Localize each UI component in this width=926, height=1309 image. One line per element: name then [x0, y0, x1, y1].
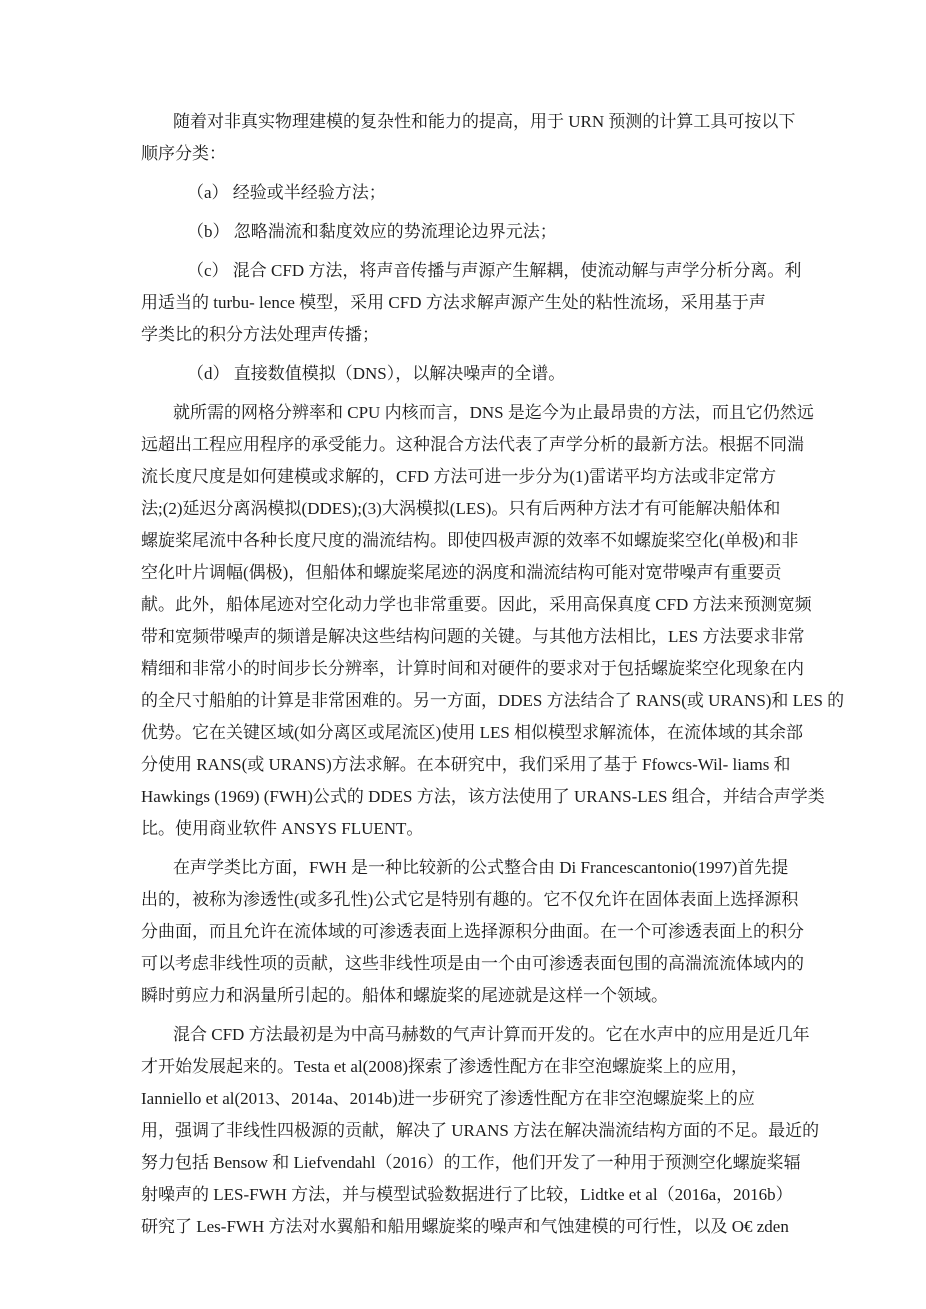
- text-line: 用，强调了非线性四极源的贡献，解决了 URANS 方法在解决湍流结构方面的不足。…: [141, 1115, 781, 1147]
- paragraph-hybrid-cfd-applications: 混合 CFD 方法最初是为中高马赫数的气声计算而开发的。它在水声中的应用是近几年…: [141, 1019, 781, 1243]
- text-line: 顺序分类：: [141, 138, 781, 170]
- text-line: 学类比的积分方法处理声传播；: [141, 319, 781, 351]
- text-line: 螺旋桨尾流中各种长度尺度的湍流结构。即使四极声源的效率不如螺旋桨空化(单极)和非: [141, 525, 781, 557]
- text-line: 努力包括 Bensow 和 Liefvendahl（2016）的工作，他们开发了…: [141, 1147, 781, 1179]
- text-line: 随着对非真实物理建模的复杂性和能力的提高，用于 URN 预测的计算工具可按以下: [141, 106, 781, 138]
- text-line: 就所需的网格分辨率和 CPU 内核而言，DNS 是迄今为止最昂贵的方法，而且它仍…: [141, 397, 781, 429]
- text-line: 射噪声的 LES-FWH 方法，并与模型试验数据进行了比较，Lidtke et …: [141, 1179, 781, 1211]
- text-line: 可以考虑非线性项的贡献，这些非线性项是由一个由可渗透表面包围的高湍流流体域内的: [141, 948, 781, 980]
- text-line: 在声学类比方面，FWH 是一种比较新的公式整合由 Di Francescanto…: [141, 852, 781, 884]
- text-line: （a） 经验或半经验方法；: [141, 177, 781, 209]
- text-line: 空化叶片调幅(偶极)，但船体和螺旋桨尾迹的涡度和湍流结构可能对宽带噪声有重要贡: [141, 557, 781, 589]
- text-line: 优势。它在关键区域(如分离区或尾流区)使用 LES 相似模型求解流体，在流体域的…: [141, 717, 781, 749]
- list-item-c: （c） 混合 CFD 方法，将声音传播与声源产生解耦，使流动解与声学分析分离。利…: [141, 255, 781, 351]
- text-line: Hawkings (1969) (FWH)公式的 DDES 方法，该方法使用了 …: [141, 781, 781, 813]
- text-line: 远超出工程应用程序的承受能力。这种混合方法代表了声学分析的最新方法。根据不同湍: [141, 429, 781, 461]
- text-line: 分使用 RANS(或 URANS)方法求解。在本研究中，我们采用了基于 Ffow…: [141, 749, 781, 781]
- paragraph-acoustic-analogy: 在声学类比方面，FWH 是一种比较新的公式整合由 Di Francescanto…: [141, 852, 781, 1012]
- text-line: 用适当的 turbu- lence 模型，采用 CFD 方法求解声源产生处的粘性…: [141, 287, 781, 319]
- text-line: （d） 直接数值模拟（DNS），以解决噪声的全谱。: [141, 358, 781, 390]
- text-line: 混合 CFD 方法最初是为中高马赫数的气声计算而开发的。它在水声中的应用是近几年: [141, 1019, 781, 1051]
- text-line: 出的，被称为渗透性(或多孔性)公式它是特别有趣的。它不仅允许在固体表面上选择源积: [141, 884, 781, 916]
- text-line: 才开始发展起来的。Testa et al(2008)探索了渗透性配方在非空泡螺旋…: [141, 1051, 781, 1083]
- text-line: 分曲面，而且允许在流体域的可渗透表面上选择源积分曲面。在一个可渗透表面上的积分: [141, 916, 781, 948]
- text-line: 精细和非常小的时间步长分辨率，计算时间和对硬件的要求对于包括螺旋桨空化现象在内: [141, 653, 781, 685]
- list-item-b: （b） 忽略湍流和黏度效应的势流理论边界元法；: [141, 216, 781, 248]
- text-line: Ianniello et al(2013、2014a、2014b)进一步研究了渗…: [141, 1083, 781, 1115]
- document-body: 随着对非真实物理建模的复杂性和能力的提高，用于 URN 预测的计算工具可按以下 …: [141, 106, 781, 1243]
- paragraph-intro: 随着对非真实物理建模的复杂性和能力的提高，用于 URN 预测的计算工具可按以下 …: [141, 106, 781, 170]
- text-line: 献。此外，船体尾迹对空化动力学也非常重要。因此，采用高保真度 CFD 方法来预测…: [141, 589, 781, 621]
- list-item-a: （a） 经验或半经验方法；: [141, 177, 781, 209]
- text-line: 的全尺寸船舶的计算是非常困难的。另一方面，DDES 方法结合了 RANS(或 U…: [141, 685, 781, 717]
- text-line: 带和宽频带噪声的频谱是解决这些结构问题的关键。与其他方法相比，LES 方法要求非…: [141, 621, 781, 653]
- text-line: 瞬时剪应力和涡量所引起的。船体和螺旋桨的尾迹就是这样一个领域。: [141, 980, 781, 1012]
- text-line: 研究了 Les-FWH 方法对水翼船和船用螺旋桨的噪声和气蚀建模的可行性，以及 …: [141, 1211, 781, 1243]
- text-line: （c） 混合 CFD 方法，将声音传播与声源产生解耦，使流动解与声学分析分离。利: [141, 255, 781, 287]
- list-item-d: （d） 直接数值模拟（DNS），以解决噪声的全谱。: [141, 358, 781, 390]
- text-line: 流长度尺度是如何建模或求解的，CFD 方法可进一步分为(1)雷诺平均方法或非定常…: [141, 461, 781, 493]
- paragraph-dns-methods: 就所需的网格分辨率和 CPU 内核而言，DNS 是迄今为止最昂贵的方法，而且它仍…: [141, 397, 781, 845]
- document-page: 随着对非真实物理建模的复杂性和能力的提高，用于 URN 预测的计算工具可按以下 …: [0, 0, 926, 1309]
- text-line: 比。使用商业软件 ANSYS FLUENT。: [141, 813, 781, 845]
- text-line: 法;(2)延迟分离涡模拟(DDES);(3)大涡模拟(LES)。只有后两种方法才…: [141, 493, 781, 525]
- text-line: （b） 忽略湍流和黏度效应的势流理论边界元法；: [141, 216, 781, 248]
